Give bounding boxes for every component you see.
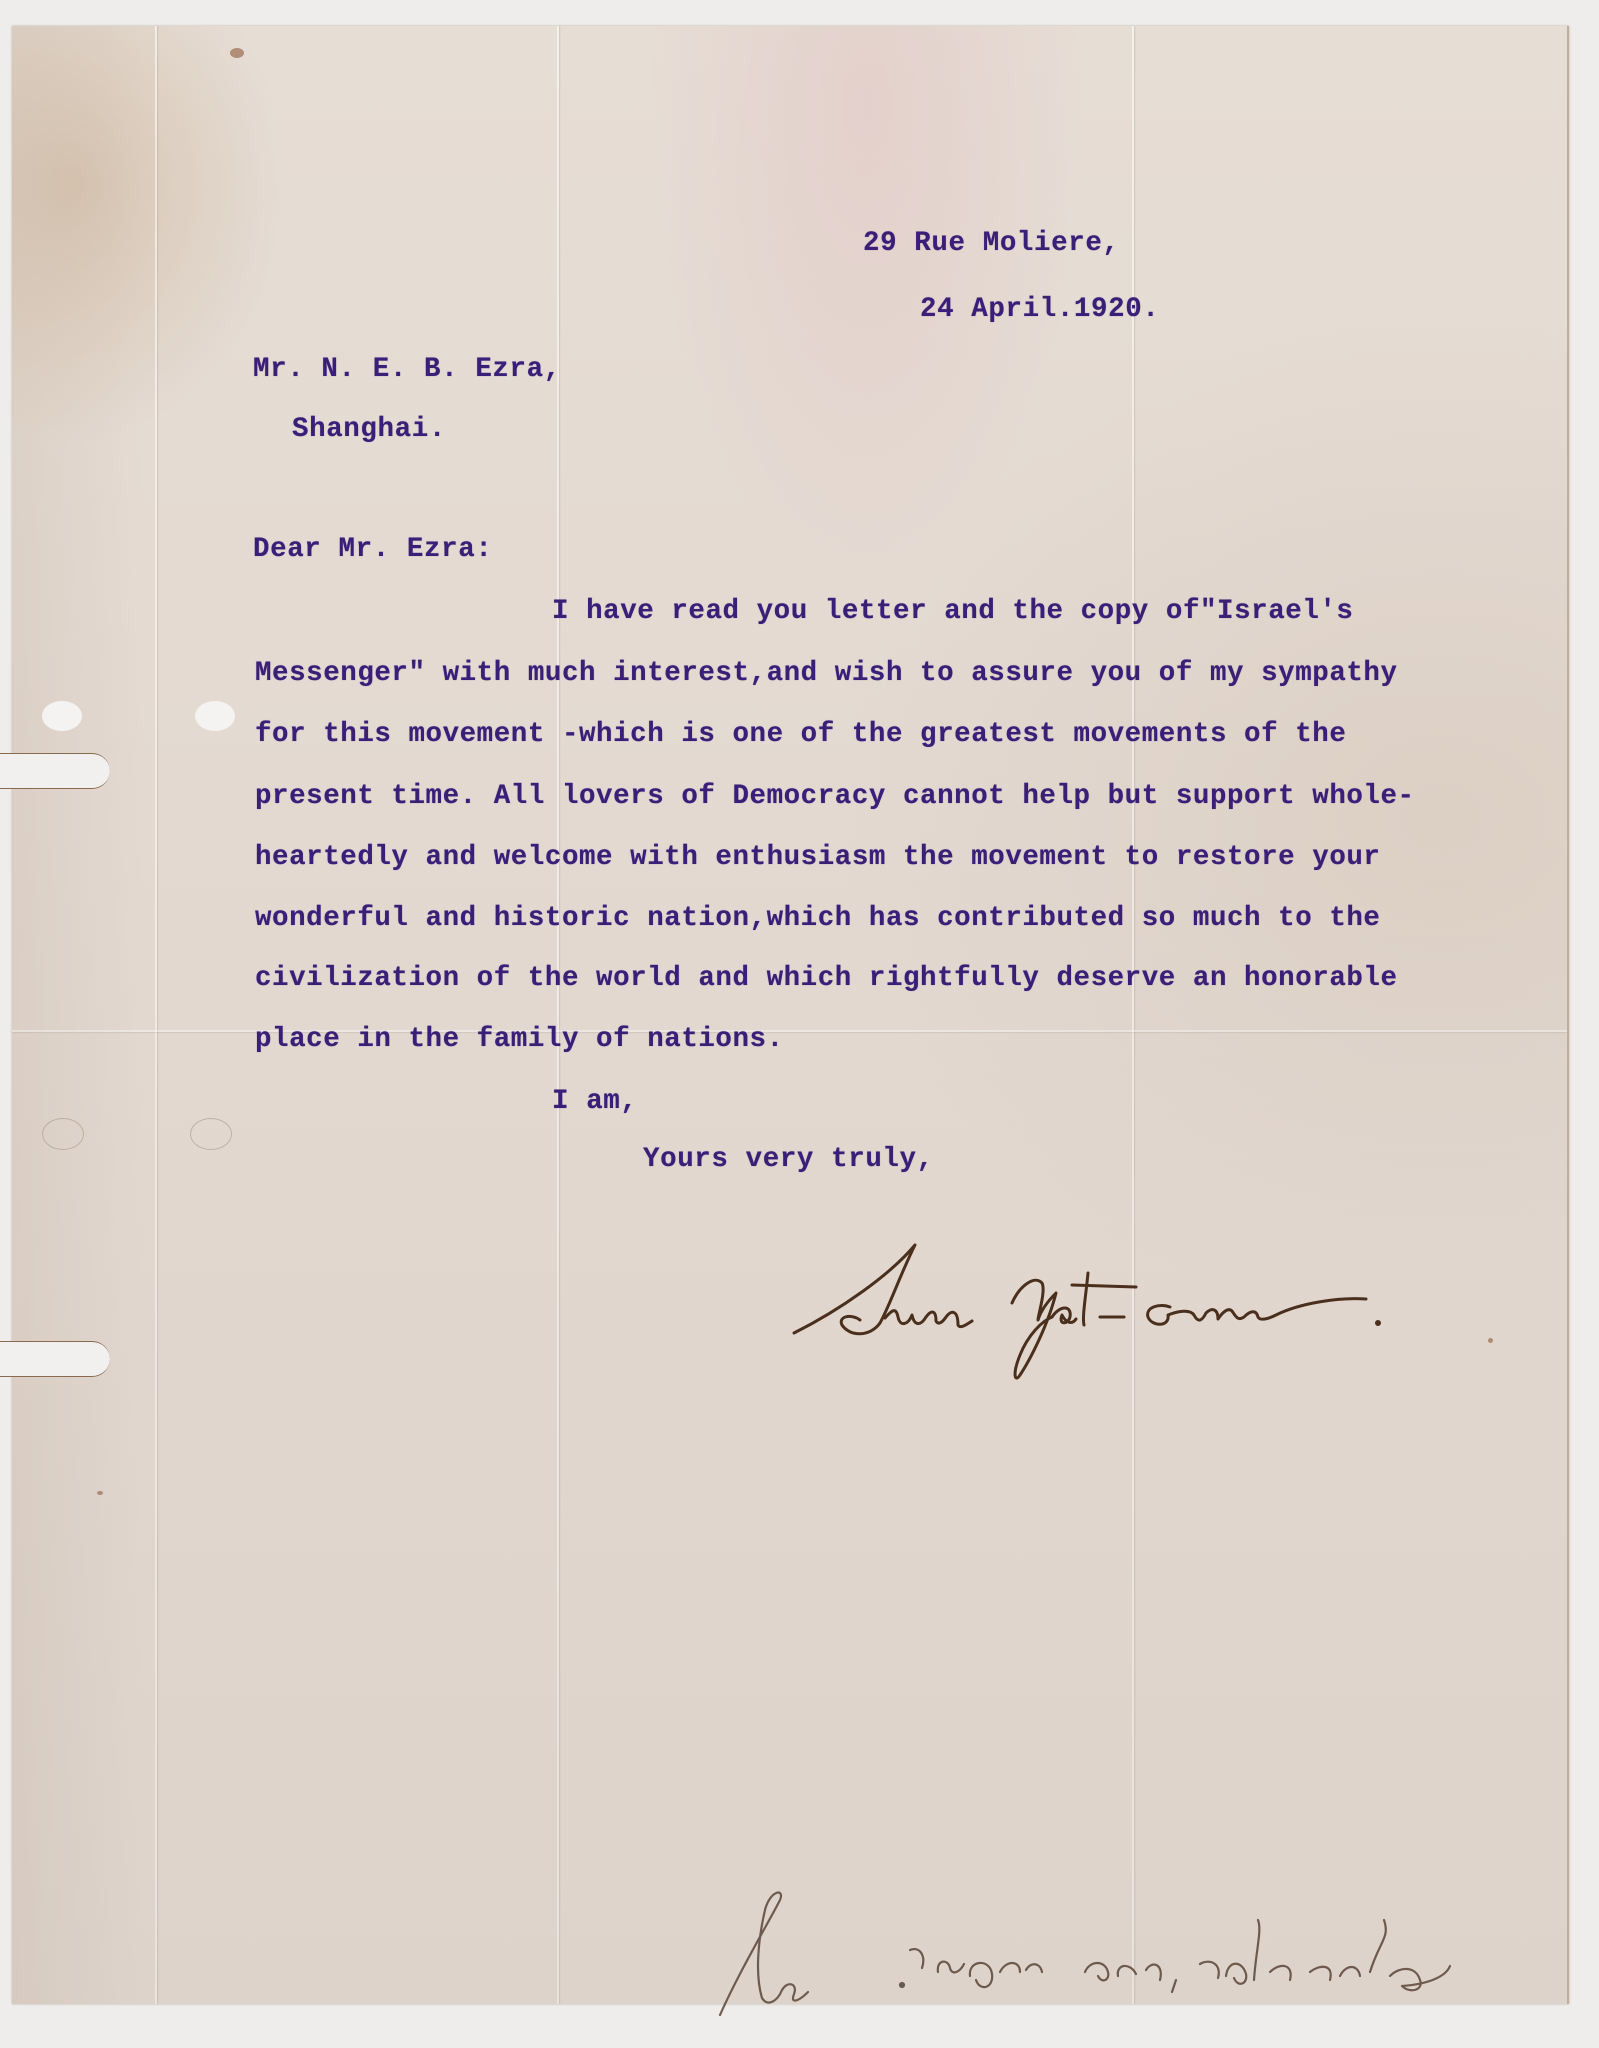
closing-i-am: I am,: [552, 1088, 638, 1116]
torn-binder-slot: [0, 753, 110, 789]
body-line: present time. All lovers of Democracy ca…: [255, 783, 1415, 811]
signature-sun-yat-sen-icon: [780, 1225, 1400, 1395]
body-line: Messenger" with much interest,and wish t…: [255, 660, 1398, 688]
body-line: wonderful and historic nation,which has …: [255, 905, 1380, 933]
binder-hole-ghost: [42, 1118, 84, 1150]
sender-address: 29 Rue Moliere,: [863, 230, 1120, 258]
recipient-city: Shanghai.: [292, 416, 446, 444]
body-line: civilization of the world and which righ…: [255, 965, 1398, 993]
fold-crease-vertical: [557, 26, 559, 2004]
torn-binder-slot: [0, 1341, 110, 1377]
handwritten-signature: [780, 1225, 1400, 1395]
salutation: Dear Mr. Ezra:: [253, 536, 492, 564]
body-line: place in the family of nations.: [255, 1026, 784, 1054]
body-line: heartedly and welcome with enthusiasm th…: [255, 844, 1380, 872]
handwritten-hebrew-note-icon: [690, 1880, 1540, 2020]
recipient-name: Mr. N. E. B. Ezra,: [253, 356, 561, 384]
stain-speck: [230, 48, 244, 58]
body-line: for this movement -which is one of the g…: [255, 721, 1346, 749]
binder-hole-ghost: [190, 1118, 232, 1150]
binder-hole: [42, 701, 82, 731]
fold-crease-vertical: [155, 26, 157, 2004]
letter-paper: [12, 26, 1569, 2004]
hebrew-handwritten-annotation: [690, 1880, 1540, 2020]
binder-hole: [195, 701, 235, 731]
paper-aged-edge: [12, 26, 142, 2004]
closing-yours-truly: Yours very truly,: [643, 1146, 934, 1174]
stain-speck: [97, 1491, 103, 1495]
letter-date: 24 April.1920.: [920, 296, 1159, 324]
body-line: I have read you letter and the copy of"I…: [552, 598, 1353, 626]
stain-speck: [1488, 1338, 1493, 1343]
fold-crease-horizontal: [12, 1030, 1567, 1032]
